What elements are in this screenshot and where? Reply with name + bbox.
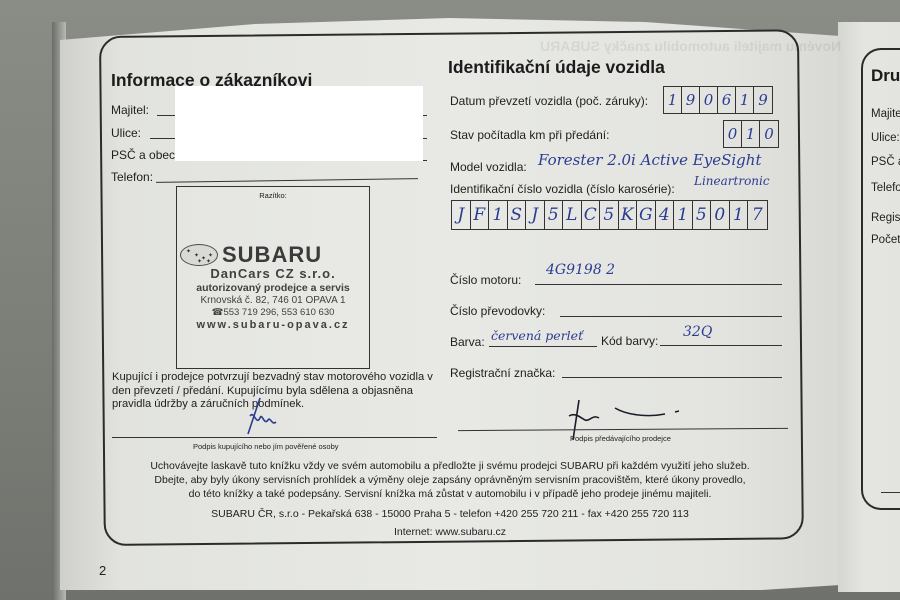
stamp-role: autorizovaný prodejce a servis [177,282,369,294]
date-digit-cell[interactable]: 1 [736,87,754,113]
color-field[interactable] [489,346,597,347]
date-digit-cell[interactable]: 1 [664,87,682,113]
engine-number-field[interactable] [535,284,782,285]
stamp-label: Razítko: [177,191,369,200]
owner-label: Majitel: [111,103,149,117]
handover-date-boxes[interactable]: 190619 [663,86,773,114]
model-value: Forester 2.0i Active EyeSight [538,151,761,169]
date-digit-cell[interactable]: 9 [682,87,700,113]
facing-label: Telefo [871,182,900,194]
date-digit-cell[interactable]: 9 [754,87,772,113]
buyer-signature-caption: Podpis kupujícího nebo jím pověřené osob… [193,442,339,451]
notice-line-2: Dbejte, aby byly úkony servisních prohlí… [120,473,780,487]
stamp-web: www.subaru-opava.cz [177,319,369,331]
vin-char-cell[interactable]: C [582,201,601,229]
vin-label: Identifikační číslo vozidla (číslo karos… [450,182,675,196]
engine-number-label: Číslo motoru: [450,273,521,287]
vin-char-cell[interactable]: 4 [656,201,675,229]
vin-boxes[interactable]: JF1SJ5LC5KG415017 [451,200,768,230]
street-label: Ulice: [111,126,141,140]
gearbox-number-field[interactable] [560,316,782,317]
model-label: Model vozidla: [450,160,527,174]
vin-char-cell[interactable]: 5 [693,201,712,229]
engine-number-value: 4G9198 2 [546,262,615,278]
footer-internet: Internet: www.subaru.cz [120,526,780,538]
odometer-digit-cell[interactable]: 1 [742,121,760,147]
page-number: 2 [99,563,106,578]
registration-field[interactable] [562,377,782,378]
vin-char-cell[interactable]: J [452,201,471,229]
vin-char-cell[interactable]: J [526,201,545,229]
facing-signature-line [881,492,900,493]
stamp-brand: SUBARU [222,242,322,268]
vin-char-cell[interactable]: 7 [748,201,767,229]
vehicle-section-title: Identifikační údaje vozidla [448,57,665,78]
vin-char-cell[interactable]: G [637,201,656,229]
vin-char-cell[interactable]: K [619,201,638,229]
stamp-dealer: DanCars CZ s.r.o. [177,266,369,281]
odometer-digit-cell[interactable]: 0 [724,121,742,147]
footer-address: SUBARU ČR, s.r.o - Pekařská 638 - 15000 … [120,508,780,520]
dealer-stamp: Razítko: ✦ ✦ ✦ ✦ ✦ ✦ SUBARU DanCars CZ s… [176,186,370,369]
vin-char-cell[interactable]: 0 [711,201,730,229]
instructions-notice: Uchovávejte laskavě tuto knížku vždy ve … [120,459,780,501]
vin-char-cell[interactable]: F [471,201,490,229]
color-code-value: 32Q [683,324,712,340]
redaction-box [175,86,423,161]
subaru-logo-icon: ✦ ✦ ✦ ✦ ✦ ✦ [180,244,218,266]
registration-label: Registrační značka: [450,366,555,380]
notice-line-3: do této knížky a také podepsány. Servisn… [120,487,780,501]
vin-char-cell[interactable]: 5 [545,201,564,229]
facing-label: Majite [871,108,900,120]
seller-signature-caption: Podpis předávajícího prodejce [570,434,671,443]
postal-city-label: PSČ a obec [111,148,175,162]
model-value-line2: Lineartronic [694,174,770,188]
stamp-address: Krnovská č. 82, 746 01 OPAVA 1 [177,295,369,306]
facing-page-title: Dru [871,66,900,86]
stamp-phones: ☎553 719 296, 553 610 630 [177,307,369,318]
buyer-signature [240,396,300,436]
vin-char-cell[interactable]: 1 [489,201,508,229]
color-label: Barva: [450,335,485,349]
facing-label: PSČ a [871,156,900,168]
handover-date-label: Datum převzetí vozidla (poč. záruky): [450,94,648,108]
buyer-signature-line[interactable] [112,437,437,438]
facing-label: Počet [871,234,900,246]
vin-char-cell[interactable]: L [563,201,582,229]
facing-label: Regis [871,212,900,224]
phone-label: Telefon: [111,170,153,184]
odometer-boxes[interactable]: 010 [723,120,779,148]
odometer-label: Stav počítadla km při předání: [450,128,609,142]
color-code-label: Kód barvy: [601,334,658,348]
vin-char-cell[interactable]: S [508,201,527,229]
facing-label: Ulice: [871,132,900,144]
vin-char-cell[interactable]: 5 [600,201,619,229]
color-code-field[interactable] [660,345,782,346]
notice-line-1: Uchovávejte laskavě tuto knížku vždy ve … [120,459,780,473]
odometer-digit-cell[interactable]: 0 [760,121,778,147]
vin-char-cell[interactable]: 1 [674,201,693,229]
facing-page-frame: Dru Majite Ulice: PSČ a Telefo Regis Poč… [861,48,900,510]
vin-char-cell[interactable]: 1 [730,201,749,229]
date-digit-cell[interactable]: 0 [700,87,718,113]
date-digit-cell[interactable]: 6 [718,87,736,113]
color-value: červená perleť [491,328,583,343]
gearbox-number-label: Číslo převodovky: [450,304,545,318]
